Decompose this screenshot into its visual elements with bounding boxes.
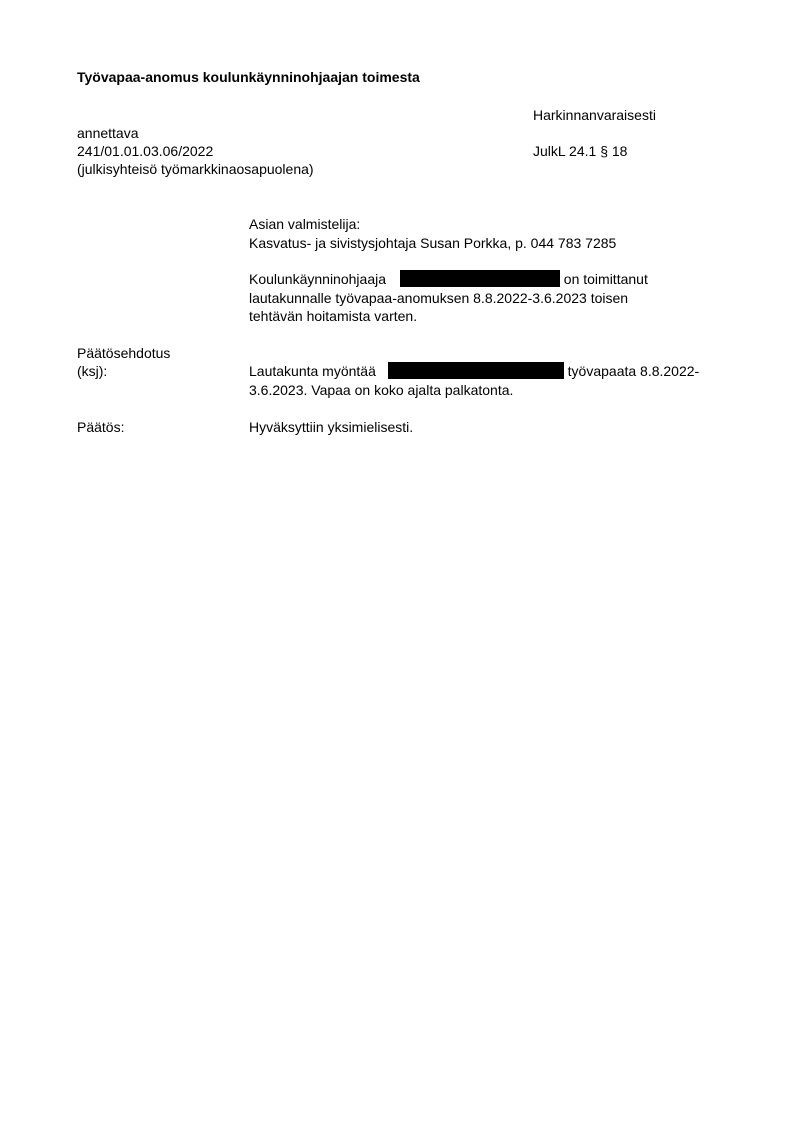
proposal-line-1: Lautakunta myöntää työvapaata 8.8.2022- — [249, 362, 699, 380]
background-line-2: lautakunnalle työvapaa-anomuksen 8.8.202… — [249, 289, 628, 307]
redacted-name — [400, 270, 560, 287]
preparer-heading: Asian valmistelija: — [249, 215, 360, 233]
confidentiality-label: Harkinnanvaraisesti — [533, 106, 656, 124]
document-title: Työvapaa-anomus koulunkäynninohjaajan to… — [77, 68, 420, 86]
reference-number: 241/01.01.03.06/2022 — [77, 142, 213, 160]
party-note: (julkisyhteisö työmarkkinaosapuolena) — [77, 160, 314, 178]
decision-text: Hyväksyttiin yksimielisesti. — [249, 418, 413, 436]
preparer-name: Kasvatus- ja sivistysjohtaja Susan Porkk… — [249, 234, 616, 252]
background-line-3: tehtävän hoitamista varten. — [249, 307, 417, 325]
proposal-line-1-after: työvapaata 8.8.2022- — [568, 363, 700, 379]
decision-label: Päätös: — [77, 418, 124, 436]
background-line-1: Koulunkäynninohjaaja on toimittanut — [249, 270, 648, 288]
background-line-1-after: on toimittanut — [564, 271, 648, 287]
background-line-1-before: Koulunkäynninohjaaja — [249, 271, 386, 287]
proposal-label-1: Päätösehdotus — [77, 344, 170, 362]
redacted-name — [388, 362, 564, 379]
proposal-line-2: 3.6.2023. Vapaa on koko ajalta palkatont… — [249, 381, 513, 399]
confidentiality-label-continued: annettava — [77, 124, 139, 142]
law-reference: JulkL 24.1 § 18 — [533, 142, 627, 160]
proposal-line-1-before: Lautakunta myöntää — [249, 363, 376, 379]
proposal-label-2: (ksj): — [77, 362, 107, 380]
